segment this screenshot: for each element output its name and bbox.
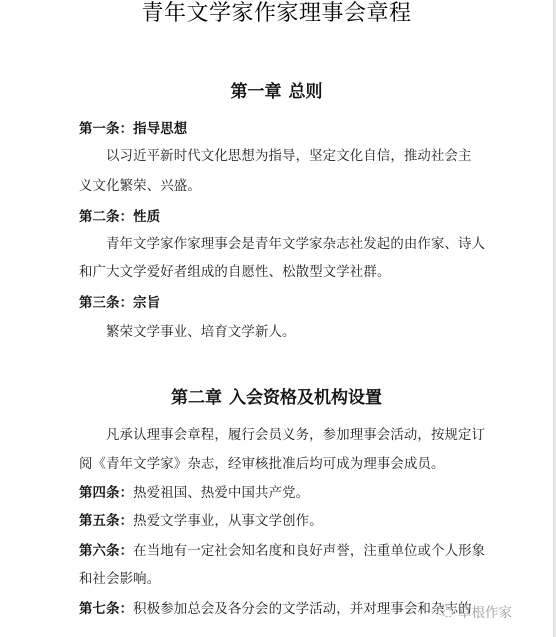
article-label: 第二条： [79,210,133,225]
article-5: 第五条：热爱文学事业，从事文学创作。 [79,513,323,531]
article-label: 第七条： [79,602,133,617]
article-text: 热爱文学事业，从事文学创作。 [133,514,323,529]
article-label: 第四条： [79,486,133,501]
chapter-2-intro-line-2: 阅《青年文学家》杂志，经审核批准后均可成为理事会成员。 [79,456,445,474]
article-2-body-line-1: 青年文学家作家理事会是青年文学家杂志社发起的由作家、诗人 [106,236,485,254]
article-7: 第七条：积极参加总会及各分会的文学活动，并对理事会和杂志的 [79,601,472,619]
article-label: 第三条： [79,296,133,311]
article-label: 第六条： [79,544,133,559]
article-name: 指导思想 [133,122,187,137]
article-label: 第五条： [79,514,133,529]
document-title: 青年文学家作家理事会章程 [0,0,553,28]
watermark: 草根作家 [436,600,512,622]
article-text: 热爱祖国、热爱中国共产党。 [133,486,309,501]
article-heading-1: 第一条：指导思想 [79,121,187,139]
article-name: 宗旨 [133,296,160,311]
article-3-body-line-1: 繁荣文学事业、培育文学新人。 [106,324,296,342]
article-6: 第六条：在当地有一定社会知名度和良好声誉，注重单位或个人形象 [79,543,485,561]
wechat-icon [436,603,454,619]
article-2-body-line-2: 和广大文学爱好者组成的自愿性、松散型文学社群。 [79,264,390,282]
article-1-body-line-1: 以习近平新时代文化思想为指导，坚定文化自信，推动社会主 [106,148,472,166]
article-name: 性质 [133,210,160,225]
chapter-name: 入会资格及机构设置 [229,388,382,408]
chapter-2-intro-line-1: 凡承认理事会章程，履行会员义务，参加理事会活动，按规定订 [106,427,485,445]
article-text: 在当地有一定社会知名度和良好声誉，注重单位或个人形象 [133,544,485,559]
article-1-body-line-2: 义文化繁荣、兴盛。 [79,178,201,196]
article-heading-3: 第三条：宗旨 [79,295,160,313]
article-4: 第四条：热爱祖国、热爱中国共产党。 [79,485,309,503]
article-label: 第一条： [79,122,133,137]
chapter-heading-1: 第一章总则 [0,81,553,103]
chapter-heading-2: 第二章入会资格及机构设置 [0,387,553,409]
chapter-number: 第二章 [171,388,222,408]
chapter-name: 总则 [289,82,323,102]
document-page: 青年文学家作家理事会章程 第一章总则 第一条：指导思想 以习近平新时代文化思想为… [0,0,553,637]
article-text: 积极参加总会及各分会的文学活动，并对理事会和杂志的 [133,602,472,617]
article-6-line-2: 和社会影响。 [79,571,160,589]
watermark-text: 草根作家 [458,601,512,621]
chapter-number: 第一章 [231,82,282,102]
article-heading-2: 第二条：性质 [79,209,160,227]
